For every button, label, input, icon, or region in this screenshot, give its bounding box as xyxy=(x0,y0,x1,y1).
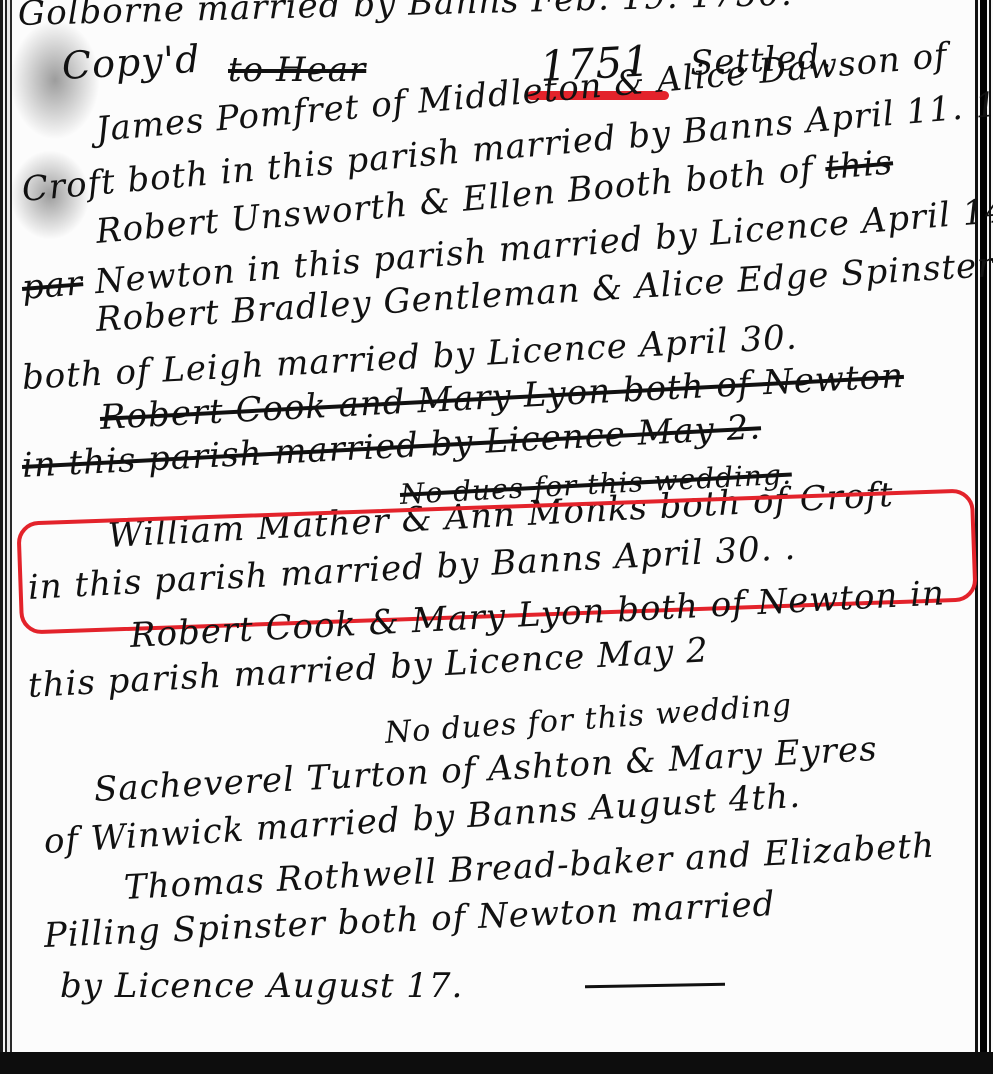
register-page: Golborne married by Banns Feb. 19. 1750.… xyxy=(0,0,993,1074)
register-line: by Licence August 17. xyxy=(60,966,463,1006)
margin-note-copyd: Copy'd xyxy=(61,37,202,88)
struck-word: par xyxy=(20,263,84,308)
struck-text: to Hear xyxy=(228,50,366,90)
struck-word: this xyxy=(824,142,895,188)
line-end-dash xyxy=(585,983,725,988)
page-binding-edge-left xyxy=(0,0,14,1074)
register-line: Golborne married by Banns Feb. 19. 1750.… xyxy=(17,0,840,34)
page-bottom-edge xyxy=(0,1052,993,1074)
